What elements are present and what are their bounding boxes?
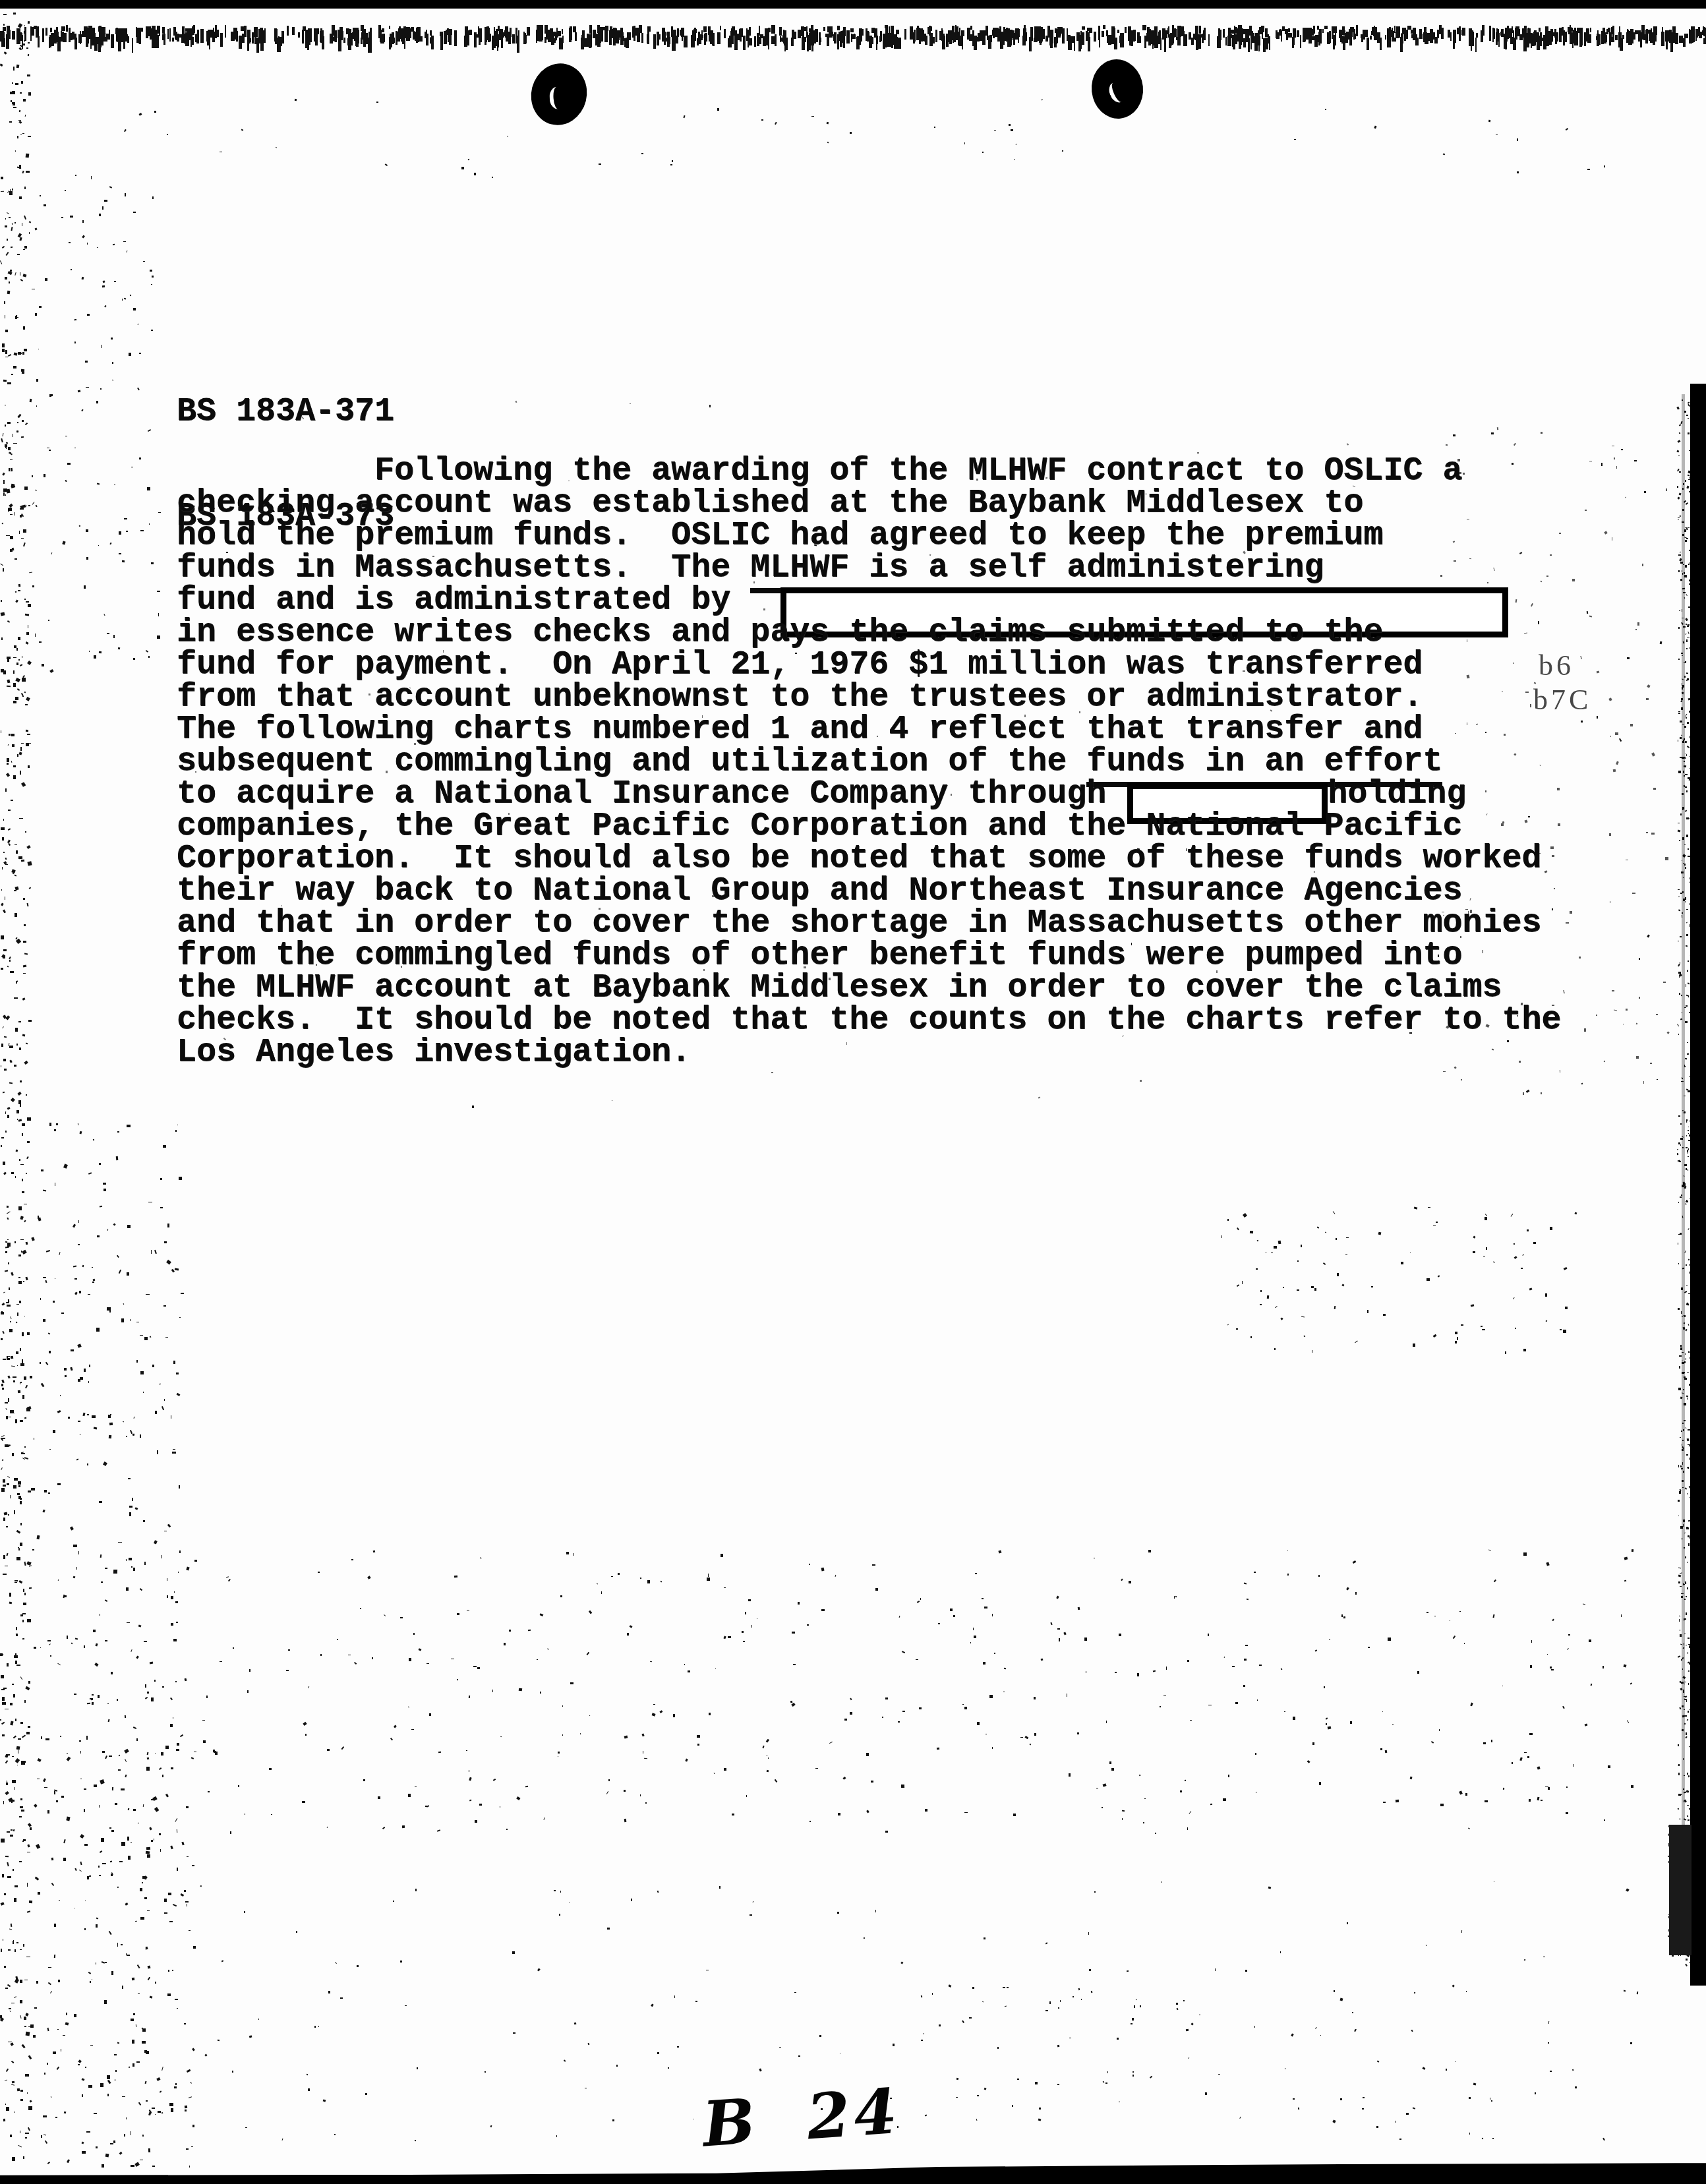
scanned-page: BS 183A-371 BS 183A-373 Following the aw… — [0, 0, 1706, 2184]
hole-punch-right — [1089, 57, 1146, 121]
document-line: checking account was established at the … — [177, 487, 1561, 519]
document-line: companies, the Great Pacific Corporation… — [177, 810, 1561, 842]
document-line: fund for payment. On April 21, 1976 $1 m… — [177, 649, 1561, 681]
handwritten-page-number: B 24 — [701, 2075, 904, 2162]
document-line: The following charts numbered 1 and 4 re… — [177, 713, 1561, 746]
scan-edge-right-shadow — [1682, 394, 1685, 1917]
document-line: hold the premium funds. OSLIC had agreed… — [177, 519, 1561, 552]
document-line: funds in Massachusetts. The MLHWF is a s… — [177, 552, 1561, 584]
document-line: Los Angeles investigation. — [177, 1036, 1561, 1069]
document-line: the MLHWF account at Baybank Middlesex i… — [177, 972, 1561, 1004]
document-line: Corporation. It should also be noted tha… — [177, 842, 1561, 875]
scan-edge-right — [1690, 384, 1706, 1986]
document-line: fund and is administrated by — [177, 584, 1561, 616]
document-line: their way back to National Group and Nor… — [177, 875, 1561, 907]
document-line: subsequent commingling and utilization o… — [177, 746, 1561, 778]
document-line: checks. It should be noted that the coun… — [177, 1004, 1561, 1036]
text-run: Los Angeles investigation. — [177, 1034, 691, 1071]
case-number: BS 183A-371 — [177, 394, 394, 429]
scan-edge-bottom — [0, 2160, 1706, 2184]
document-line: from that account unbeknownst to the tru… — [177, 681, 1561, 713]
hole-punch-left — [525, 57, 593, 131]
scan-edge-top — [0, 0, 1706, 9]
document-line: and that in order to cover the shortage … — [177, 907, 1561, 939]
scan-edge-right-streak — [1669, 1825, 1691, 1955]
document-line: in essence writes checks and pays the cl… — [177, 616, 1561, 649]
document-body-text: Following the awarding of the MLHWF cont… — [177, 455, 1561, 1069]
foia-exemption-code-b7c: b7C — [1533, 683, 1591, 717]
document-line: Following the awarding of the MLHWF cont… — [177, 455, 1561, 487]
document-line: from the commingled funds of other benef… — [177, 939, 1561, 972]
document-line: to acquire a National Insurance Company … — [177, 778, 1561, 810]
foia-exemption-code-b6: b6 — [1539, 649, 1574, 682]
